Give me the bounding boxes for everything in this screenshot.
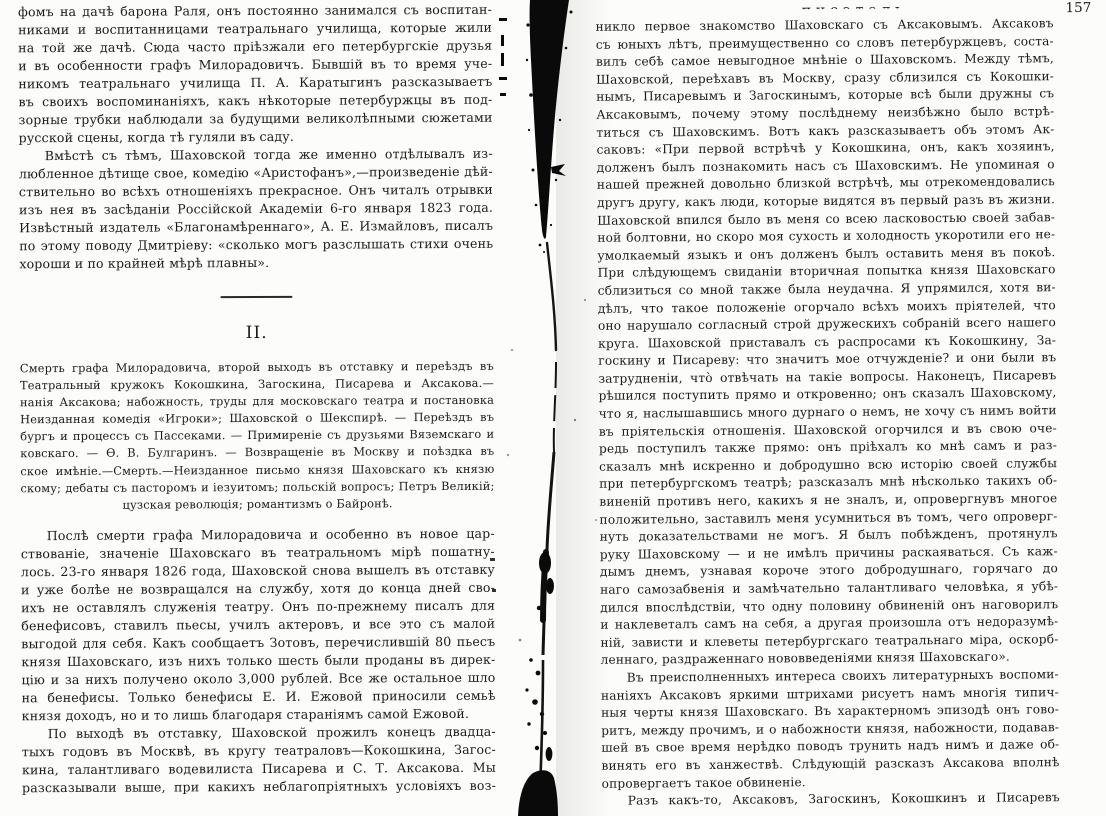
text-line: цузская революція; романтизмъ о Байронѣ. bbox=[21, 495, 495, 515]
text-line: кина, талантливаго водевилиста Писарева … bbox=[22, 759, 496, 779]
text-line: ихъ не оставлялъ служенія театру. Онъ по… bbox=[21, 597, 495, 617]
text-line: ствованіе, значеніе Шаховскаго въ театра… bbox=[21, 543, 495, 563]
section-heading: II. bbox=[20, 321, 494, 345]
book-spread: фомъ на дачѣ барона Раля, онъ постоянно … bbox=[0, 0, 1106, 816]
text-line: По выходѣ въ отставку, Шаховской прожилъ… bbox=[22, 723, 496, 743]
left-body-bottom: Послѣ смерти графа Милорадовича и особен… bbox=[21, 525, 496, 797]
right-page-header: писатель—— 157 bbox=[595, 0, 1053, 15]
text-line: выгодой для себя. Какъ сообщаетъ Зотовъ,… bbox=[21, 633, 495, 653]
text-line: Разъ какъ-то, Аксаковъ, Загоскинъ, Кокош… bbox=[602, 789, 1060, 810]
text-line: князя Шаховскаго, изъ нихъ только шесть … bbox=[21, 651, 495, 671]
text-line: цію и за нихъ получено около 3,000 рубле… bbox=[21, 669, 495, 689]
text-line: князя доходъ, но и то лишь благодаря ста… bbox=[22, 705, 496, 725]
text-line: зорные трубки наблюдали за будущими вели… bbox=[18, 109, 492, 129]
text-line: Послѣ смерти графа Милорадовича и особен… bbox=[21, 525, 495, 545]
text-line: разсказывали выше, при какихъ неблагопрі… bbox=[22, 777, 496, 797]
text-line: винять его въ ханжествѣ. Слѣдующій разск… bbox=[601, 754, 1059, 775]
text-line: на бенефисы. Только бенефисы Е. И. Ежово… bbox=[22, 687, 496, 707]
text-line: лось. 23-го января 1826 года, Шаховской … bbox=[21, 561, 495, 581]
text-line: и уже болѣе не возвращался на службу, хо… bbox=[21, 579, 495, 599]
left-body-top: фомъ на дачѣ барона Раля, онъ постоянно … bbox=[18, 1, 493, 273]
chapter-synopsis: Смерть графа Милорадовича, второй выходъ… bbox=[20, 358, 495, 514]
text-line: бенефисовъ, ставилъ пьесы, училъ актеров… bbox=[21, 615, 495, 635]
text-line: тыхъ годовъ въ Москвѣ, въ кругу театрало… bbox=[22, 741, 496, 761]
right-page: писатель—— 157 никло первое знакомство Ш… bbox=[595, 0, 1059, 810]
text-line: скому; дебаты съ пасторомъ и іезуитомъ; … bbox=[20, 477, 494, 497]
right-body: никло первое знакомство Шаховскаго съ Ак… bbox=[596, 15, 1060, 810]
section-divider bbox=[220, 296, 292, 298]
text-line: хороши и по крайней мѣрѣ плавны». bbox=[19, 253, 493, 273]
page-number: 157 bbox=[1065, 0, 1091, 16]
left-page: фомъ на дачѣ барона Раля, онъ постоянно … bbox=[18, 1, 496, 797]
running-title-text: писатель—— bbox=[801, 2, 948, 9]
text-line: ское имѣніе.—Смерть.—Неизданное письмо к… bbox=[20, 460, 494, 480]
text-line: ковскаго. — Ѳ. В. Булгаринъ. — Возвращен… bbox=[20, 443, 494, 463]
text-line: по этому поводу Дмитріеву: «сколько могъ… bbox=[19, 235, 493, 255]
running-title-dash: —— bbox=[921, 2, 948, 9]
running-title-fragment: писатель—— bbox=[801, 0, 1031, 9]
running-title-word: писатель bbox=[801, 2, 907, 9]
